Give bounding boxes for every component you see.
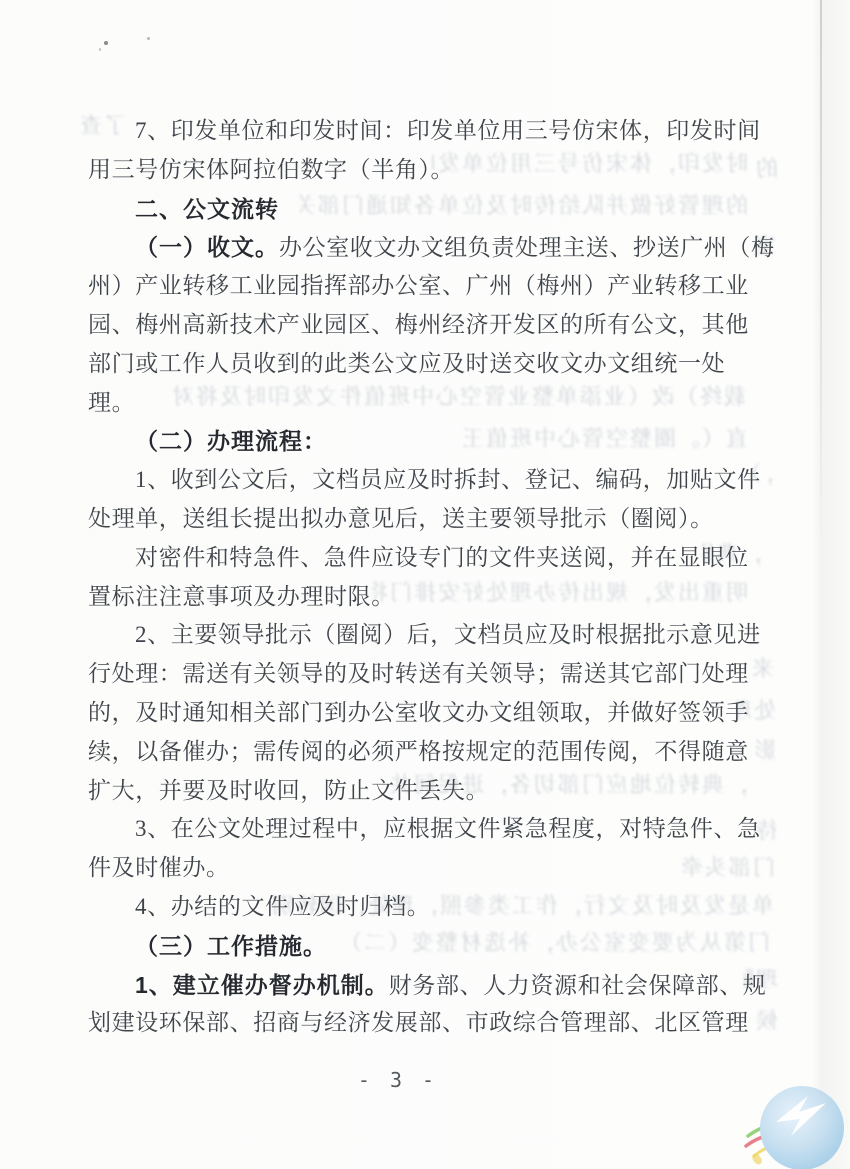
line-text: 处理单，送组长提出拟办意见后，送主要领导批示（圈阅）。	[88, 506, 714, 531]
document-line: 7、印发单位和印发时间：印发单位用三号仿宋体，印发时间	[88, 112, 760, 151]
line-text: 续，以备催办；需传阅的必须严格按规定的范围传阅，不得随意	[88, 739, 749, 764]
document-line: 二、公文流转	[88, 190, 760, 229]
line-text: 办公室收文办文组负责处理主送、抄送广州（梅	[279, 235, 775, 260]
scan-speck	[104, 41, 108, 45]
line-text: 理。	[88, 390, 135, 415]
line-text: 4、办结的文件应及时归档。	[135, 894, 430, 919]
document-line: （一）收文。办公室收文办文组负责处理主送、抄送广州（梅	[88, 228, 760, 267]
document-line: 3、在公文处理过程中，应根据文件紧急程度，对特急件、急	[88, 810, 760, 849]
line-text: 1、收到公文后，文档员应及时拆封、登记、编码，加贴文件	[135, 467, 761, 492]
document-body: 7、印发单位和印发时间：印发单位用三号仿宋体，印发时间用三号仿宋体阿拉伯数字（半…	[88, 112, 760, 1043]
watermark-logo	[742, 1072, 850, 1169]
document-line: 部门或工作人员收到的此类公文应及时送交收文办文组统一处	[88, 345, 760, 384]
document-line: 划建设环保部、招商与经济发展部、市政综合管理部、北区管理	[88, 1004, 760, 1043]
document-line: 2、主要领导批示（圈阅）后，文档员应及时根据批示意见进	[88, 616, 760, 655]
document-line: （二）办理流程：	[88, 422, 760, 461]
line-text: 3、在公文处理过程中，应根据文件紧急程度，对特急件、急	[135, 816, 761, 841]
line-text: 划建设环保部、招商与经济发展部、市政综合管理部、北区管理	[88, 1010, 749, 1035]
scan-speck	[147, 37, 150, 40]
document-line: 的，及时通知相关部门到办公室收文办文组领取，并做好签领手	[88, 694, 760, 733]
line-text: 的，及时通知相关部门到办公室收文办文组领取，并做好签领手	[88, 700, 749, 725]
document-line: 件及时催办。	[88, 849, 760, 888]
document-line: 对密件和特急件、急件应设专门的文件夹送阅，并在显眼位	[88, 539, 760, 578]
page-number: - 3 -	[348, 1068, 448, 1092]
line-text: 对密件和特急件、急件应设专门的文件夹送阅，并在显眼位	[135, 545, 749, 570]
document-line: 扩大，并要及时收回，防止文件丢失。	[88, 772, 760, 811]
line-text: 园、梅州高新技术产业园区、梅州经济开发区的所有公文，其他	[88, 312, 749, 337]
document-line: 4、办结的文件应及时归档。	[88, 888, 760, 927]
swoosh-yellow-dot	[750, 1152, 763, 1166]
line-text: 件及时催办。	[88, 855, 230, 880]
bold-lead-in: （一）收文。	[135, 234, 279, 260]
line-text: 置标注注意事项及办理时限。	[88, 584, 395, 609]
document-line: 理。	[88, 384, 760, 423]
document-line: 行处理：需送有关领导的及时转送有关领导；需送其它部门处理	[88, 655, 760, 694]
scan-speck	[99, 48, 101, 51]
line-text: 二、公文流转	[135, 196, 279, 222]
line-text: 扩大，并要及时收回，防止文件丢失。	[88, 778, 489, 803]
document-line: 处理单，送组长提出拟办意见后，送主要领导批示（圈阅）。	[88, 500, 760, 539]
document-line: 续，以备催办；需传阅的必须严格按规定的范围传阅，不得随意	[88, 733, 760, 772]
document-line: 置标注注意事项及办理时限。	[88, 578, 760, 617]
document-line: 州）产业转移工业园指挥部办公室、广州（梅州）产业转移工业	[88, 267, 760, 306]
line-text: （三）工作措施。	[135, 933, 327, 959]
line-text: 行处理：需送有关领导的及时转送有关领导；需送其它部门处理	[88, 661, 749, 686]
paper-edge-line	[820, 0, 822, 545]
document-line: 园、梅州高新技术产业园区、梅州经济开发区的所有公文，其他	[88, 306, 760, 345]
scanned-page: 了查时发印，体宋仿号三用位单发印后理办的理管好做并队给传时及位单各知通门部关相室…	[0, 0, 850, 1169]
document-line: 1、收到公文后，文档员应及时拆封、登记、编码，加贴文件	[88, 461, 760, 500]
line-text: 财务部、人力资源和社会保障部、规	[389, 973, 767, 998]
bold-lead-in: 1、建立催办督办机制。	[135, 972, 389, 998]
document-line: 1、建立催办督办机制。财务部、人力资源和社会保障部、规	[88, 966, 760, 1005]
globe-icon	[760, 1086, 844, 1169]
line-text: （二）办理流程：	[135, 428, 327, 454]
line-text: 用三号仿宋体阿拉伯数字（半角）。	[88, 157, 454, 182]
line-text: 7、印发单位和印发时间：印发单位用三号仿宋体，印发时间	[135, 118, 761, 143]
line-text: 州）产业转移工业园指挥部办公室、广州（梅州）产业转移工业	[88, 273, 749, 298]
line-text: 部门或工作人员收到的此类公文应及时送交收文办文组统一处	[88, 351, 725, 376]
document-line: （三）工作措施。	[88, 927, 760, 966]
document-line: 用三号仿宋体阿拉伯数字（半角）。	[88, 151, 760, 190]
line-text: 2、主要领导批示（圈阅）后，文档员应及时根据批示意见进	[135, 622, 761, 647]
